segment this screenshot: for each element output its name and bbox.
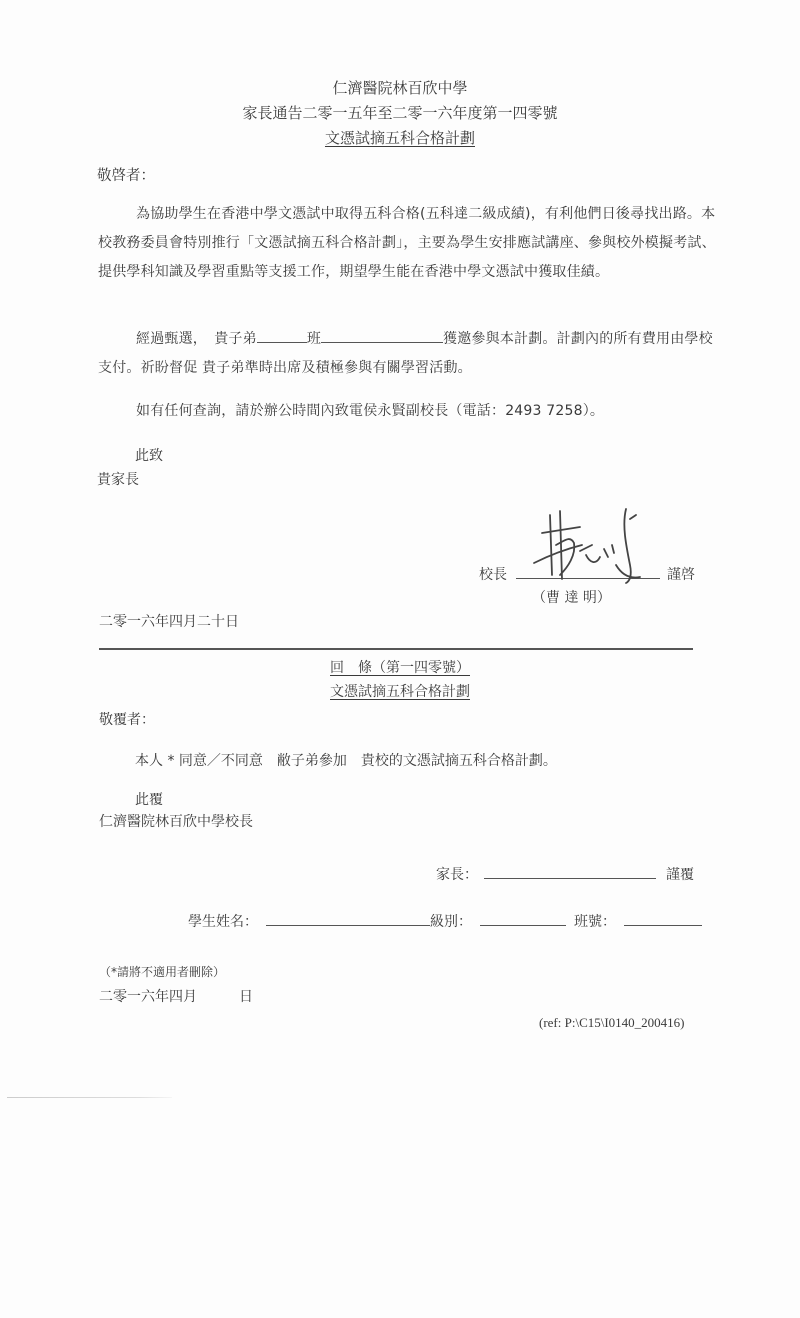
student-info-row: 學生姓名：級別：班號： [188,911,702,931]
closing-recipient: 貴家長 [97,469,139,489]
signature-label: 校長 [479,564,507,584]
parent-signature-row: 家長：謹覆 [436,864,694,884]
reply-recipient: 仁濟醫院林百欣中學校長 [99,811,253,831]
reply-title-wrap: 回 條（第一四零號） [0,657,800,677]
class-label: 班 [307,331,321,347]
principal-name: （曹 達 明） [532,587,611,607]
paragraph-purpose: 為協助學生在香港中學文憑試中取得五科合格(五科達二級成績)，有利他們日後尋找出路… [98,200,718,287]
student-class-field[interactable] [257,328,307,343]
selection-text-1: 經過甄選， 貴子弟 [136,331,257,347]
notice-number: 家長通告二零一五年至二零一六年度第一四零號 [0,102,800,123]
paragraph-selection: 經過甄選， 貴子弟班獲邀參與本計劃。計劃內的所有費用由學校支付。祈盼督促 貴子弟… [98,325,718,383]
class-number-label: 班號： [574,914,616,930]
signature-suffix: 謹啓 [667,564,695,584]
reply-student-name-field[interactable] [266,911,430,926]
tear-off-separator [99,648,693,650]
closing-regards: 此致 [135,445,163,465]
student-name-field[interactable] [321,328,443,343]
reply-closing: 此覆 [135,789,163,809]
reply-subtitle-wrap: 文憑試摘五科合格計劃 [0,681,800,701]
school-name: 仁濟醫院林百欣中學 [0,77,800,98]
notice-title: 文憑試摘五科合格計劃 [325,129,475,147]
reply-subtitle: 文憑試摘五科合格計劃 [330,684,470,700]
reply-class-number-field[interactable] [624,911,702,926]
signature-icon [530,505,650,587]
parent-signature-field[interactable] [484,864,656,879]
reply-salutation: 敬覆者： [99,709,155,729]
deletion-note: （*請將不適用者刪除） [99,963,225,980]
grade-label: 級別： [430,914,472,930]
salutation: 敬啓者： [97,164,155,185]
consent-statement[interactable]: 本人 * 同意／不同意 敝子弟參加 貴校的文憑試摘五科合格計劃。 [135,750,557,770]
notice-title-wrap: 文憑試摘五科合格計劃 [0,127,800,148]
parent-label: 家長： [436,867,478,883]
student-name-label: 學生姓名： [188,914,258,930]
paragraph-enquiry: 如有任何查詢，請於辦公時間內致電侯永賢副校長（電話：2493 7258）。 [98,397,718,426]
reply-date: 二零一六年四月 日 [99,986,253,1006]
parent-suffix: 謹覆 [666,867,694,883]
reply-title: 回 條（第一四零號） [330,660,470,676]
reply-grade-field[interactable] [480,911,566,926]
scan-artifact-line [7,1097,172,1098]
reference-code: (ref: P:\C15\I0140_200416) [539,1015,685,1031]
letter-date: 二零一六年四月二十日 [99,611,239,631]
